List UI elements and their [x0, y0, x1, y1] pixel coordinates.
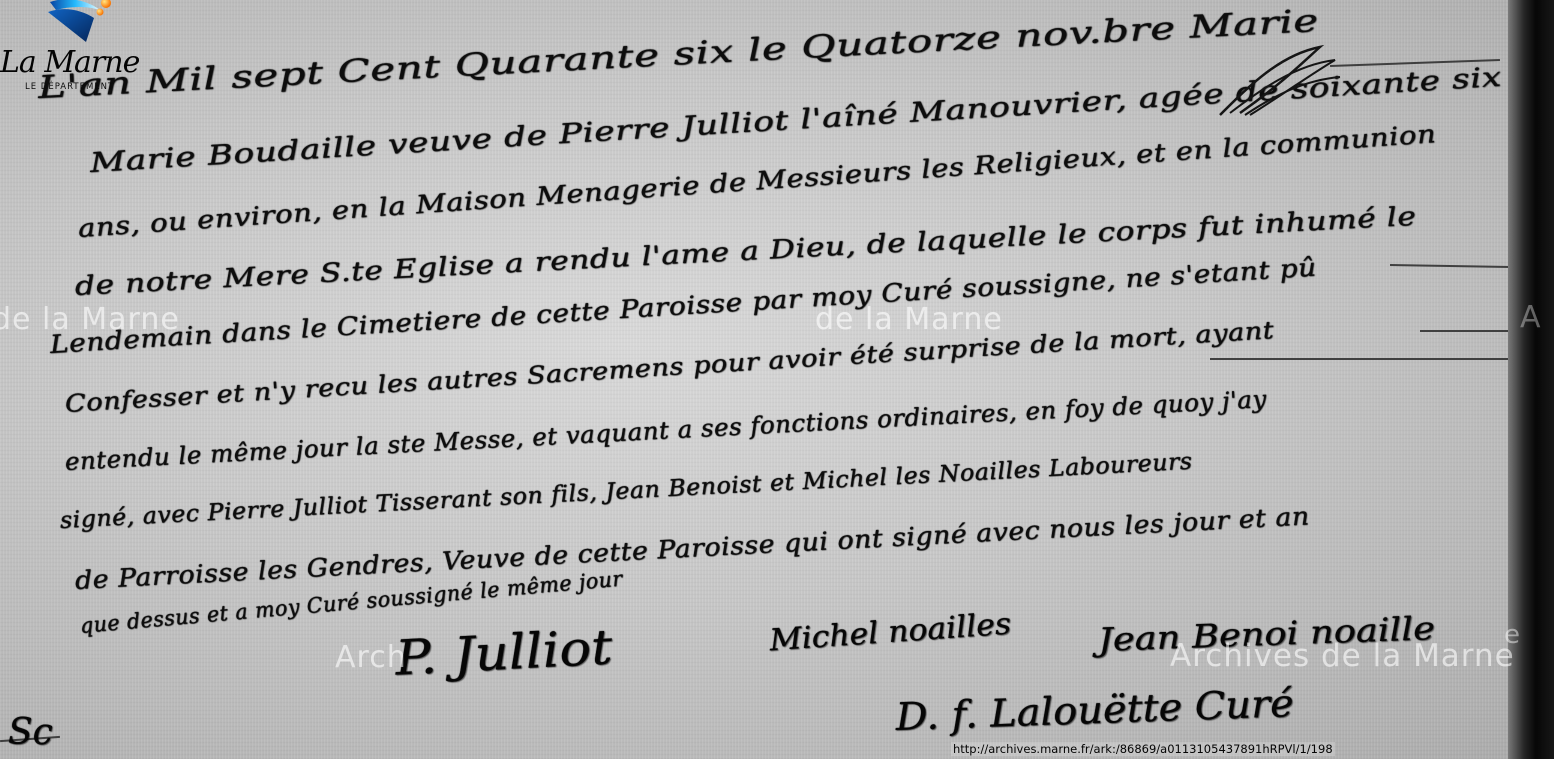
logo-subtitle: LE DÉPARTEMENT	[25, 82, 114, 92]
margin-flourish-mark: Sc	[8, 712, 53, 753]
watermark-archives-de-la-marne: Archives de la Marne	[1170, 638, 1515, 674]
watermark-fragment-a: A	[1520, 300, 1542, 335]
signature-cure-lalouette: D. f. Lalouëtte Curé	[895, 681, 1295, 739]
ark-permalink[interactable]: http://archives.marne.fr/ark:/86869/a011…	[951, 742, 1335, 756]
line-extension-3	[1210, 358, 1510, 360]
line-extension-2	[1420, 330, 1510, 332]
signature-p-julliot: P. Julliot	[394, 619, 614, 686]
signature-michel-noailles: Michel noailles	[768, 607, 1012, 659]
watermark-fragment-e: e	[1504, 620, 1521, 650]
watermark-de-la-marne-left: de la Marne	[0, 302, 180, 337]
watermark-arch: Arch	[335, 640, 407, 675]
line-extension-1	[1390, 264, 1510, 268]
la-marne-wave-icon	[42, 0, 114, 46]
quill-flourish-icon	[1210, 35, 1350, 125]
watermark-de-la-marne-center: de la Marne	[815, 302, 1003, 337]
logo-wordmark: La Marne	[0, 45, 139, 80]
scanned-register-page: L'an Mil sept Cent Quarante six le Quato…	[0, 0, 1554, 759]
la-marne-logo: La Marne LE DÉPARTEMENT	[0, 0, 140, 95]
